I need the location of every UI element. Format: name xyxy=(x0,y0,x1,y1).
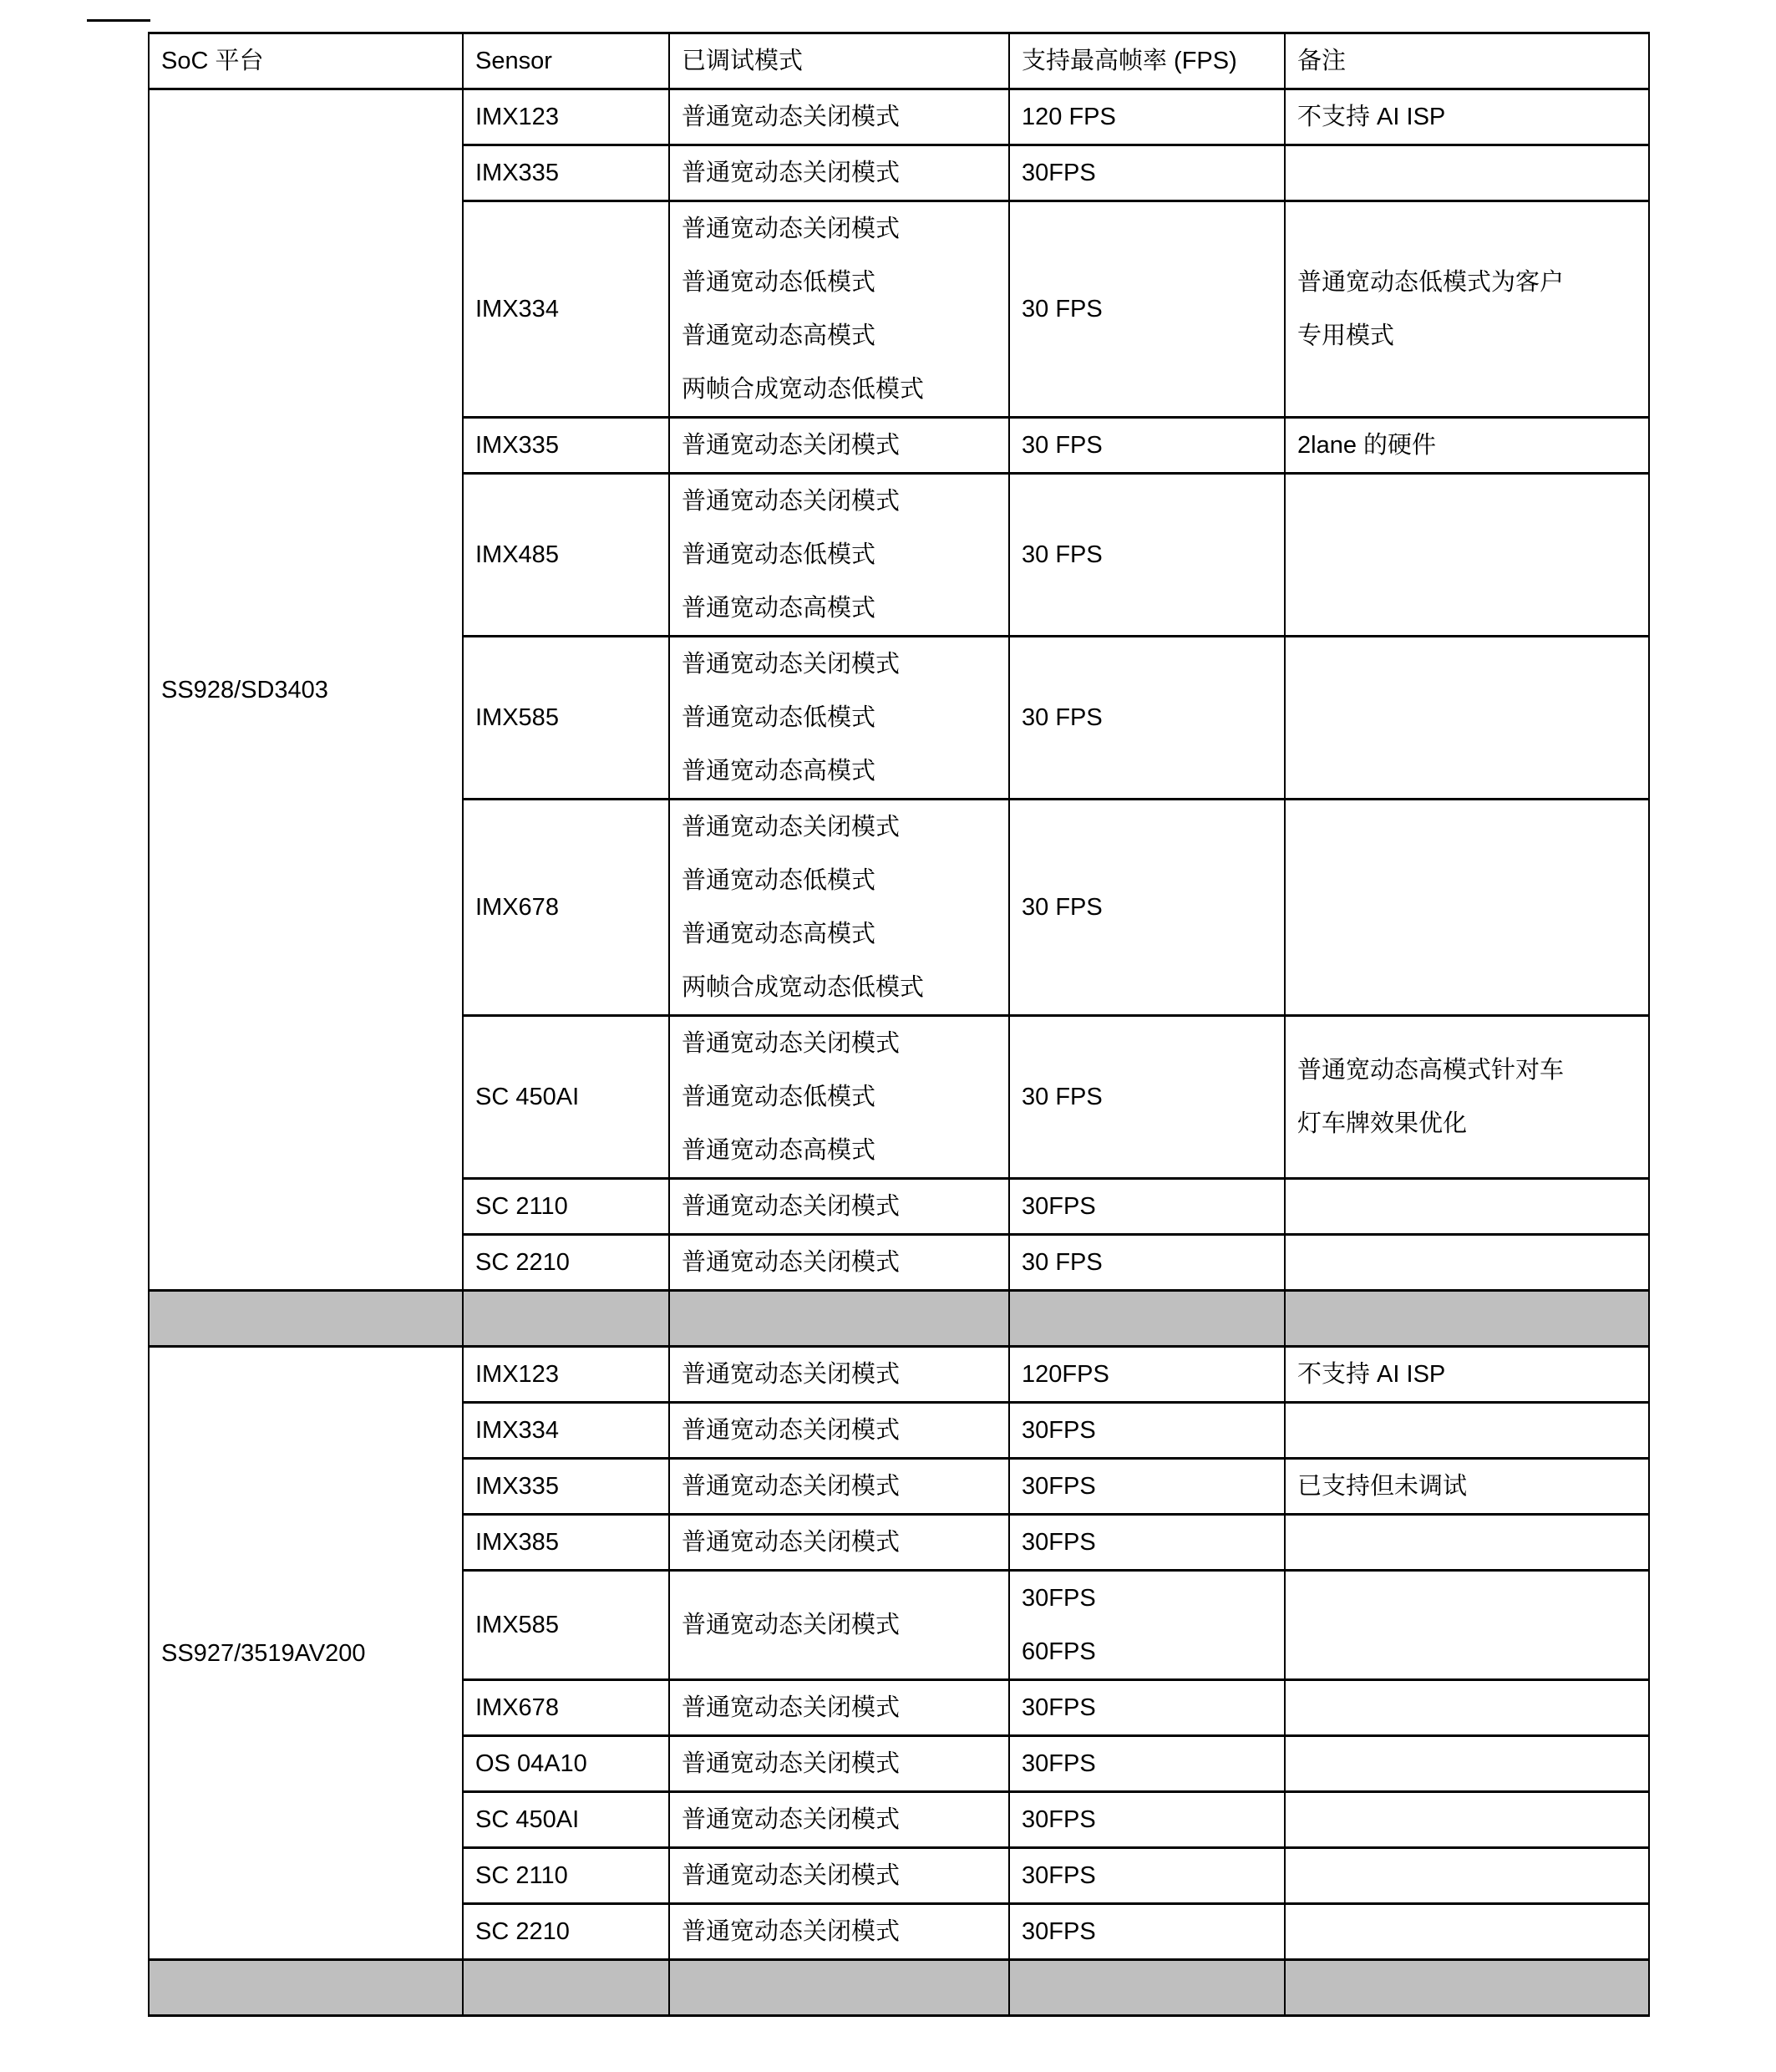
fps-line: 30FPS xyxy=(1022,1681,1279,1734)
sensor-name: IMX585 xyxy=(475,1598,663,1652)
mode-line: 普通宽动态关闭模式 xyxy=(682,1681,1003,1734)
fps-cell: 30FPS xyxy=(1009,1904,1285,1960)
modes-cell: 普通宽动态关闭模式 xyxy=(669,1736,1009,1792)
column-header-label: Sensor xyxy=(475,34,663,88)
fps-cell: 120FPS xyxy=(1009,1347,1285,1403)
sensor-name: IMX123 xyxy=(475,1348,663,1401)
mode-line: 两帧合成宽动态低模式 xyxy=(682,961,1003,1014)
mode-line: 普通宽动态高模式 xyxy=(682,309,1003,363)
mode-line: 普通宽动态关闭模式 xyxy=(682,146,1003,200)
mode-line: 普通宽动态高模式 xyxy=(682,744,1003,798)
separator-cell xyxy=(149,1960,463,2016)
sensor-name: IMX485 xyxy=(475,528,663,581)
sensor-cell: SC 2110 xyxy=(463,1179,669,1235)
fps-line: 60FPS xyxy=(1022,1625,1279,1678)
mode-line: 普通宽动态低模式 xyxy=(682,691,1003,744)
modes-cell: 普通宽动态关闭模式 xyxy=(669,418,1009,474)
sensor-cell: SC 2110 xyxy=(463,1848,669,1904)
fps-line: 30 FPS xyxy=(1022,691,1279,744)
column-header-5: 备注 xyxy=(1285,33,1649,89)
fps-cell: 30 FPS xyxy=(1009,800,1285,1016)
remark-cell: 2lane 的硬件 xyxy=(1285,418,1649,474)
remark-cell xyxy=(1285,1515,1649,1571)
modes-cell: 普通宽动态关闭模式 xyxy=(669,1571,1009,1680)
sensor-cell: IMX335 xyxy=(463,418,669,474)
separator-cell xyxy=(669,1960,1009,2016)
fps-cell: 30FPS xyxy=(1009,1403,1285,1459)
modes-cell: 普通宽动态关闭模式 xyxy=(669,1848,1009,1904)
remark-cell xyxy=(1285,1848,1649,1904)
sensor-cell: IMX585 xyxy=(463,1571,669,1680)
fps-cell: 30FPS xyxy=(1009,1515,1285,1571)
modes-cell: 普通宽动态关闭模式 xyxy=(669,1904,1009,1960)
separator-row xyxy=(149,1291,1649,1347)
sensor-cell: SC 450AI xyxy=(463,1016,669,1179)
modes-cell: 普通宽动态关闭模式 xyxy=(669,1179,1009,1235)
sensor-name: OS 04A10 xyxy=(475,1737,663,1790)
mode-line: 普通宽动态关闭模式 xyxy=(682,1516,1003,1569)
fps-cell: 30FPS xyxy=(1009,1792,1285,1848)
sensor-cell: IMX335 xyxy=(463,1459,669,1515)
separator-cell xyxy=(1009,1291,1285,1347)
soc-platform-cell: SS927/3519AV200 xyxy=(149,1347,463,1960)
sensor-cell: IMX123 xyxy=(463,1347,669,1403)
mode-line: 普通宽动态高模式 xyxy=(682,1124,1003,1177)
header-row: SoC 平台Sensor已调试模式支持最高帧率 (FPS)备注 xyxy=(149,33,1649,89)
remark-cell: 普通宽动态低模式为客户专用模式 xyxy=(1285,201,1649,418)
sensor-name: IMX335 xyxy=(475,146,663,200)
fps-cell: 30 FPS xyxy=(1009,418,1285,474)
fps-line: 30FPS xyxy=(1022,1849,1279,1902)
mode-line: 普通宽动态低模式 xyxy=(682,1070,1003,1124)
sensor-name: IMX335 xyxy=(475,419,663,472)
sensor-name: IMX334 xyxy=(475,282,663,336)
column-header-4: 支持最高帧率 (FPS) xyxy=(1009,33,1285,89)
sensor-row: SS927/3519AV200IMX123普通宽动态关闭模式120FPS不支持 … xyxy=(149,1347,1649,1403)
mode-line: 普通宽动态高模式 xyxy=(682,907,1003,961)
sensor-cell: SC 2210 xyxy=(463,1904,669,1960)
mode-line: 普通宽动态关闭模式 xyxy=(682,1849,1003,1902)
remark-cell xyxy=(1285,800,1649,1016)
modes-cell: 普通宽动态关闭模式 xyxy=(669,89,1009,145)
fps-line: 30FPS xyxy=(1022,1572,1279,1625)
fps-cell: 30FPS xyxy=(1009,1736,1285,1792)
separator-row xyxy=(149,1960,1649,2016)
sensor-name: IMX585 xyxy=(475,691,663,744)
fps-line: 30FPS xyxy=(1022,1516,1279,1569)
mode-line: 两帧合成宽动态低模式 xyxy=(682,363,1003,416)
sensor-cell: IMX678 xyxy=(463,800,669,1016)
modes-cell: 普通宽动态关闭模式 xyxy=(669,1680,1009,1736)
modes-cell: 普通宽动态关闭模式 xyxy=(669,1403,1009,1459)
remark-cell xyxy=(1285,1235,1649,1291)
modes-cell: 普通宽动态关闭模式普通宽动态低模式普通宽动态高模式两帧合成宽动态低模式 xyxy=(669,201,1009,418)
sensor-cell: IMX123 xyxy=(463,89,669,145)
column-header-label: 已调试模式 xyxy=(682,34,1003,88)
sensor-name: IMX334 xyxy=(475,1404,663,1457)
modes-cell: 普通宽动态关闭模式 xyxy=(669,1515,1009,1571)
column-header-2: Sensor xyxy=(463,33,669,89)
remark-cell: 已支持但未调试 xyxy=(1285,1459,1649,1515)
sensor-name: SC 2210 xyxy=(475,1905,663,1958)
fps-cell: 30 FPS xyxy=(1009,474,1285,637)
fps-line: 120FPS xyxy=(1022,1348,1279,1401)
remark-line: 普通宽动态高模式针对车 xyxy=(1297,1044,1643,1097)
column-header-label: 支持最高帧率 (FPS) xyxy=(1022,34,1279,88)
separator-cell xyxy=(1285,1960,1649,2016)
fps-cell: 30FPS xyxy=(1009,145,1285,201)
soc-platform-cell: SS928/SD3403 xyxy=(149,89,463,1291)
mode-line: 普通宽动态关闭模式 xyxy=(682,1348,1003,1401)
fps-cell: 120 FPS xyxy=(1009,89,1285,145)
fps-line: 30 FPS xyxy=(1022,528,1279,581)
sensor-cell: IMX334 xyxy=(463,1403,669,1459)
modes-cell: 普通宽动态关闭模式普通宽动态低模式普通宽动态高模式 xyxy=(669,474,1009,637)
sensor-name: SC 450AI xyxy=(475,1793,663,1846)
table-header: SoC 平台Sensor已调试模式支持最高帧率 (FPS)备注 xyxy=(149,33,1649,89)
sensor-name: SC 2110 xyxy=(475,1180,663,1233)
column-header-1: SoC 平台 xyxy=(149,33,463,89)
sensor-cell: SC 2210 xyxy=(463,1235,669,1291)
remark-cell xyxy=(1285,145,1649,201)
remark-cell xyxy=(1285,1571,1649,1680)
fps-line: 30 FPS xyxy=(1022,1070,1279,1124)
mode-line: 普通宽动态关闭模式 xyxy=(682,1180,1003,1233)
remark-cell xyxy=(1285,1403,1649,1459)
separator-cell xyxy=(463,1291,669,1347)
sensor-name: IMX123 xyxy=(475,90,663,144)
fps-cell: 30FPS xyxy=(1009,1848,1285,1904)
separator-cell xyxy=(1009,1960,1285,2016)
remark-line: 普通宽动态低模式为客户 xyxy=(1297,256,1643,309)
soc-platform-label: SS927/3519AV200 xyxy=(161,1627,457,1680)
mode-line: 普通宽动态关闭模式 xyxy=(682,1017,1003,1070)
mode-line: 普通宽动态关闭模式 xyxy=(682,475,1003,528)
mode-line: 普通宽动态高模式 xyxy=(682,581,1003,635)
remark-line: 专用模式 xyxy=(1297,309,1643,363)
remark-line: 2lane 的硬件 xyxy=(1297,419,1643,472)
mode-line: 普通宽动态关闭模式 xyxy=(682,800,1003,854)
fps-line: 30 FPS xyxy=(1022,282,1279,336)
sensor-cell: IMX335 xyxy=(463,145,669,201)
sensor-support-table: SoC 平台Sensor已调试模式支持最高帧率 (FPS)备注 SS928/SD… xyxy=(148,32,1650,2017)
sensor-name: IMX678 xyxy=(475,1681,663,1734)
fps-cell: 30 FPS xyxy=(1009,1016,1285,1179)
sensor-row: SS928/SD3403IMX123普通宽动态关闭模式120 FPS不支持 AI… xyxy=(149,89,1649,145)
remark-cell xyxy=(1285,1680,1649,1736)
remark-cell xyxy=(1285,1792,1649,1848)
modes-cell: 普通宽动态关闭模式普通宽动态低模式普通宽动态高模式两帧合成宽动态低模式 xyxy=(669,800,1009,1016)
mode-line: 普通宽动态关闭模式 xyxy=(682,637,1003,691)
separator-cell xyxy=(669,1291,1009,1347)
fps-line: 30FPS xyxy=(1022,1460,1279,1513)
modes-cell: 普通宽动态关闭模式普通宽动态低模式普通宽动态高模式 xyxy=(669,1016,1009,1179)
mode-line: 普通宽动态低模式 xyxy=(682,854,1003,907)
fps-line: 30FPS xyxy=(1022,1180,1279,1233)
separator-cell xyxy=(149,1291,463,1347)
remark-cell: 不支持 AI ISP xyxy=(1285,1347,1649,1403)
separator-cell xyxy=(463,1960,669,2016)
remark-line: 不支持 AI ISP xyxy=(1297,90,1643,144)
soc-platform-label: SS928/SD3403 xyxy=(161,663,457,717)
mode-line: 普通宽动态关闭模式 xyxy=(682,1598,1003,1652)
sensor-cell: IMX385 xyxy=(463,1515,669,1571)
fps-cell: 30FPS xyxy=(1009,1680,1285,1736)
fps-cell: 30FPS xyxy=(1009,1459,1285,1515)
mode-line: 普通宽动态关闭模式 xyxy=(682,1737,1003,1790)
fps-line: 30FPS xyxy=(1022,1793,1279,1846)
fps-cell: 30 FPS xyxy=(1009,637,1285,800)
remark-cell xyxy=(1285,1736,1649,1792)
page-edge-artifact-line xyxy=(87,19,150,22)
fps-line: 30FPS xyxy=(1022,1404,1279,1457)
modes-cell: 普通宽动态关闭模式 xyxy=(669,1347,1009,1403)
sensor-cell: OS 04A10 xyxy=(463,1736,669,1792)
sensor-name: SC 450AI xyxy=(475,1070,663,1124)
sensor-cell: IMX585 xyxy=(463,637,669,800)
mode-line: 普通宽动态关闭模式 xyxy=(682,1236,1003,1289)
sensor-cell: SC 450AI xyxy=(463,1792,669,1848)
fps-line: 30FPS xyxy=(1022,1905,1279,1958)
mode-line: 普通宽动态关闭模式 xyxy=(682,202,1003,256)
fps-line: 30 FPS xyxy=(1022,1236,1279,1289)
remark-cell xyxy=(1285,1179,1649,1235)
fps-line: 30 FPS xyxy=(1022,419,1279,472)
sensor-name: IMX385 xyxy=(475,1516,663,1569)
modes-cell: 普通宽动态关闭模式普通宽动态低模式普通宽动态高模式 xyxy=(669,637,1009,800)
sensor-cell: IMX334 xyxy=(463,201,669,418)
column-header-label: 备注 xyxy=(1297,34,1643,88)
modes-cell: 普通宽动态关闭模式 xyxy=(669,1235,1009,1291)
remark-line: 不支持 AI ISP xyxy=(1297,1348,1643,1401)
mode-line: 普通宽动态关闭模式 xyxy=(682,419,1003,472)
modes-cell: 普通宽动态关闭模式 xyxy=(669,145,1009,201)
column-header-3: 已调试模式 xyxy=(669,33,1009,89)
sensor-name: SC 2210 xyxy=(475,1236,663,1289)
modes-cell: 普通宽动态关闭模式 xyxy=(669,1459,1009,1515)
fps-cell: 30FPS60FPS xyxy=(1009,1571,1285,1680)
fps-cell: 30 FPS xyxy=(1009,201,1285,418)
mode-line: 普通宽动态关闭模式 xyxy=(682,90,1003,144)
mode-line: 普通宽动态低模式 xyxy=(682,256,1003,309)
fps-line: 30FPS xyxy=(1022,1737,1279,1790)
mode-line: 普通宽动态低模式 xyxy=(682,528,1003,581)
separator-cell xyxy=(1285,1291,1649,1347)
table-body: SS928/SD3403IMX123普通宽动态关闭模式120 FPS不支持 AI… xyxy=(149,89,1649,2016)
sensor-name: IMX678 xyxy=(475,881,663,934)
fps-line: 120 FPS xyxy=(1022,90,1279,144)
fps-line: 30 FPS xyxy=(1022,881,1279,934)
remark-cell xyxy=(1285,637,1649,800)
sensor-cell: IMX678 xyxy=(463,1680,669,1736)
mode-line: 普通宽动态关闭模式 xyxy=(682,1905,1003,1958)
remark-cell xyxy=(1285,1904,1649,1960)
sensor-cell: IMX485 xyxy=(463,474,669,637)
fps-line: 30FPS xyxy=(1022,146,1279,200)
mode-line: 普通宽动态关闭模式 xyxy=(682,1404,1003,1457)
fps-cell: 30 FPS xyxy=(1009,1235,1285,1291)
remark-line: 已支持但未调试 xyxy=(1297,1460,1643,1513)
remark-line: 灯车牌效果优化 xyxy=(1297,1097,1643,1150)
modes-cell: 普通宽动态关闭模式 xyxy=(669,1792,1009,1848)
sensor-name: IMX335 xyxy=(475,1460,663,1513)
column-header-label: SoC 平台 xyxy=(161,34,457,88)
mode-line: 普通宽动态关闭模式 xyxy=(682,1460,1003,1513)
mode-line: 普通宽动态关闭模式 xyxy=(682,1793,1003,1846)
fps-cell: 30FPS xyxy=(1009,1179,1285,1235)
remark-cell: 不支持 AI ISP xyxy=(1285,89,1649,145)
sensor-name: SC 2110 xyxy=(475,1849,663,1902)
remark-cell xyxy=(1285,474,1649,637)
page: { "table": { "columns": ["SoC 平台", "Sens… xyxy=(0,0,1776,2072)
remark-cell: 普通宽动态高模式针对车灯车牌效果优化 xyxy=(1285,1016,1649,1179)
